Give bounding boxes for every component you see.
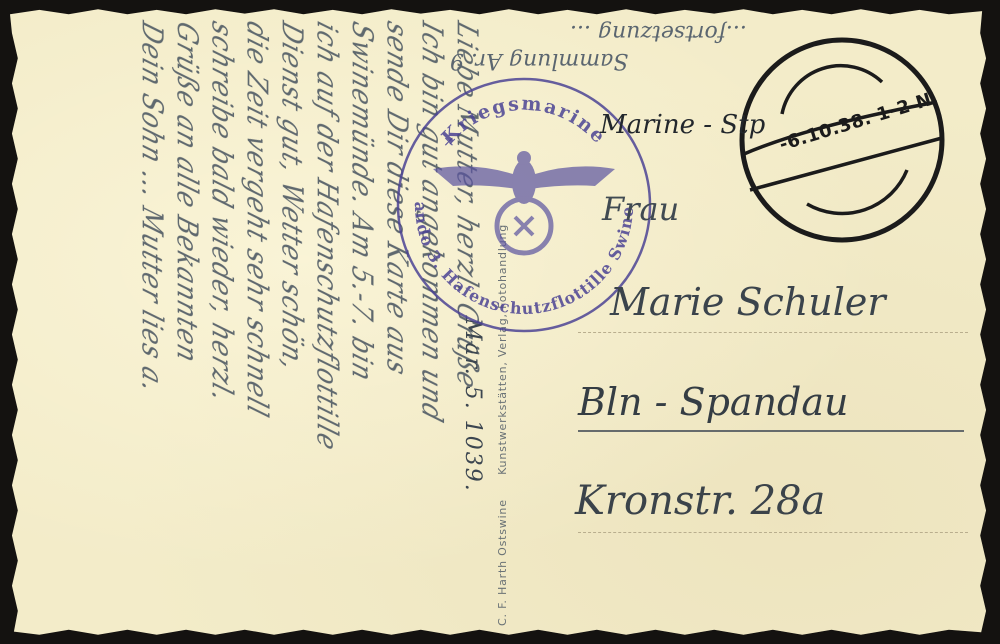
stamp-top-text: Kriegsmarine [438, 92, 611, 148]
eagle-icon [433, 151, 615, 253]
postcard: Liebe Mutter, herzl. Grüße Ich bin gut a… [10, 8, 988, 636]
message-line: Dein Sohn ... Mutter lies a. [132, 16, 172, 629]
postmark [732, 30, 952, 250]
address-line-rule [578, 532, 968, 533]
svg-text:Kriegsmarine: Kriegsmarine [438, 92, 611, 148]
sender-line: Marine - Stp [600, 110, 765, 140]
recipient-name: Marie Schuler [610, 280, 886, 324]
message-line: Swinemünde. Am 5.-7. bin [342, 16, 382, 629]
address-salutation: Frau [602, 190, 679, 228]
top-scrawl-line-1: ...fortsetzung ... [570, 20, 747, 45]
message-line: die Zeit vergeht sehr schnell [237, 16, 277, 629]
publisher-name: C. F. Harth Ostswine [496, 499, 509, 626]
message-line: Grüße an alle Bekannten [167, 16, 207, 629]
city-underline [578, 430, 964, 432]
message-line: Dienst gut, Wetter schön, [272, 16, 312, 629]
recipient-city: Bln - Spandau [578, 380, 849, 424]
recipient-street: Kronstr. 28a [575, 478, 825, 524]
message-line: schreibe bald wieder, herzl. [202, 16, 242, 629]
top-scrawl-line-2: Sammlung Ar. 9 [450, 48, 628, 73]
address-line-rule [578, 332, 968, 333]
handwritten-date: Mar. 5. 1039. [460, 318, 485, 493]
message-line: ich auf der Hafenschutzflottille [307, 16, 347, 629]
svg-text:×: × [443, 134, 455, 150]
